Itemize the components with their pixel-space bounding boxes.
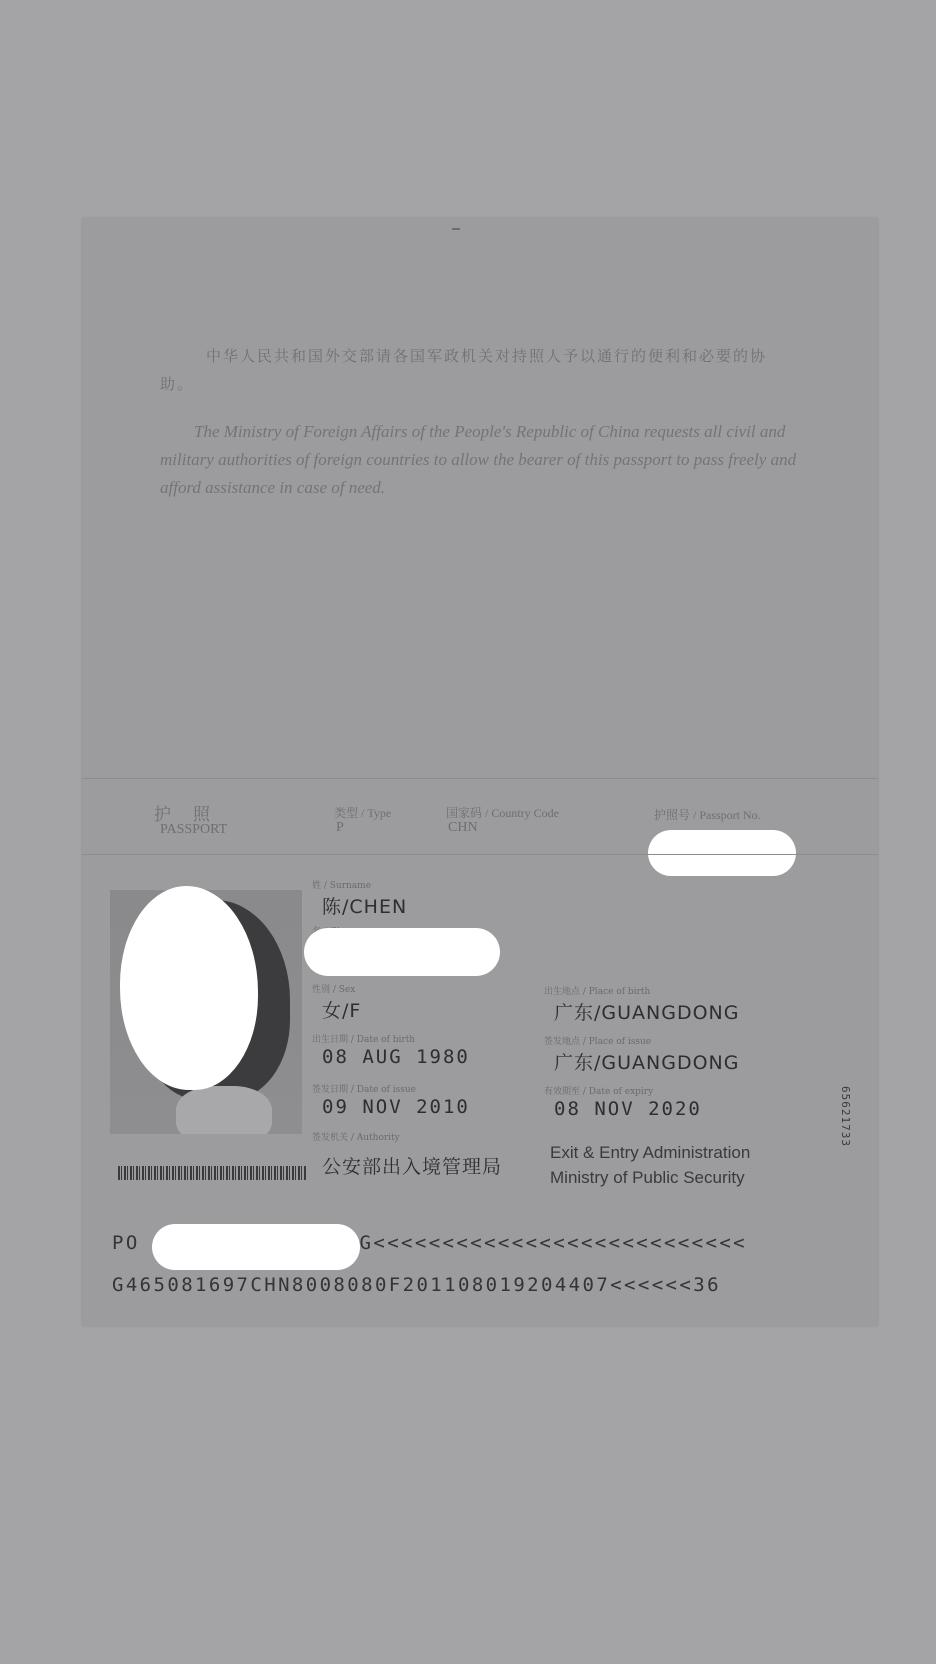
authority-value-en-line1: Exit & Entry Administration — [550, 1140, 750, 1165]
barcode-icon — [118, 1166, 306, 1180]
date-of-birth-value: 08 AUG 1980 — [322, 1046, 470, 1068]
place-of-issue-value: 广东/GUANGDONG — [554, 1048, 740, 1075]
place-of-birth-value: 广东/GUANGDONG — [554, 998, 740, 1025]
place-of-issue-label: 签发地点 / Place of issue — [544, 1034, 651, 1047]
surname-label: 姓 / Surname — [312, 878, 371, 891]
date-of-expiry-label: 有效期至 / Date of expiry — [544, 1084, 653, 1097]
redaction-face — [120, 886, 258, 1090]
country-code-label: 国家码 / Country Code — [446, 804, 559, 821]
sex-value: 女/F — [322, 996, 361, 1023]
mrz-line-2: G465081697CHN8008080F201108019204407<<<<… — [112, 1274, 721, 1296]
authority-value-en-line2: Ministry of Public Security — [550, 1165, 745, 1190]
photo-chin — [176, 1086, 272, 1134]
serial-number: 65621733 — [839, 1086, 852, 1147]
authority-label: 签发机关 / Authority — [312, 1130, 400, 1143]
divider — [82, 854, 878, 855]
date-of-issue-label: 签发日期 / Date of issue — [312, 1082, 416, 1095]
type-value: P — [336, 820, 344, 836]
redaction-mrz-name — [152, 1224, 360, 1270]
mrz-line-1-prefix: PO — [112, 1232, 140, 1254]
type-label: 类型 / Type — [334, 804, 391, 821]
passport-data-page: 中华人民共和国外交部请各国军政机关对持照人予以通行的便利和必要的协助。 The … — [82, 218, 878, 1326]
mrz-line-1-suffix: NG<<<<<<<<<<<<<<<<<<<<<<<<<<< — [346, 1232, 747, 1254]
divider — [82, 778, 878, 779]
passport-no-label: 护照号 / Passport No. — [654, 806, 761, 823]
authority-value-cn: 公安部出入境管理局 — [322, 1152, 502, 1179]
request-text-chinese: 中华人民共和国外交部请各国军政机关对持照人予以通行的便利和必要的协助。 — [160, 342, 800, 398]
request-text-english: The Ministry of Foreign Affairs of the P… — [160, 418, 810, 502]
fold-mark — [452, 228, 460, 230]
redaction-passport-no — [648, 830, 796, 876]
place-of-birth-label: 出生地点 / Place of birth — [544, 984, 650, 997]
surname-value: 陈/CHEN — [322, 892, 407, 919]
date-of-birth-label: 出生日期 / Date of birth — [312, 1032, 415, 1045]
sex-label: 性别 / Sex — [312, 982, 355, 995]
date-of-issue-value: 09 NOV 2010 — [322, 1096, 470, 1118]
country-code-value: CHN — [448, 820, 478, 836]
date-of-expiry-value: 08 NOV 2020 — [554, 1098, 702, 1120]
redaction-given-name — [304, 928, 500, 976]
passport-title-en: PASSPORT — [160, 822, 227, 838]
